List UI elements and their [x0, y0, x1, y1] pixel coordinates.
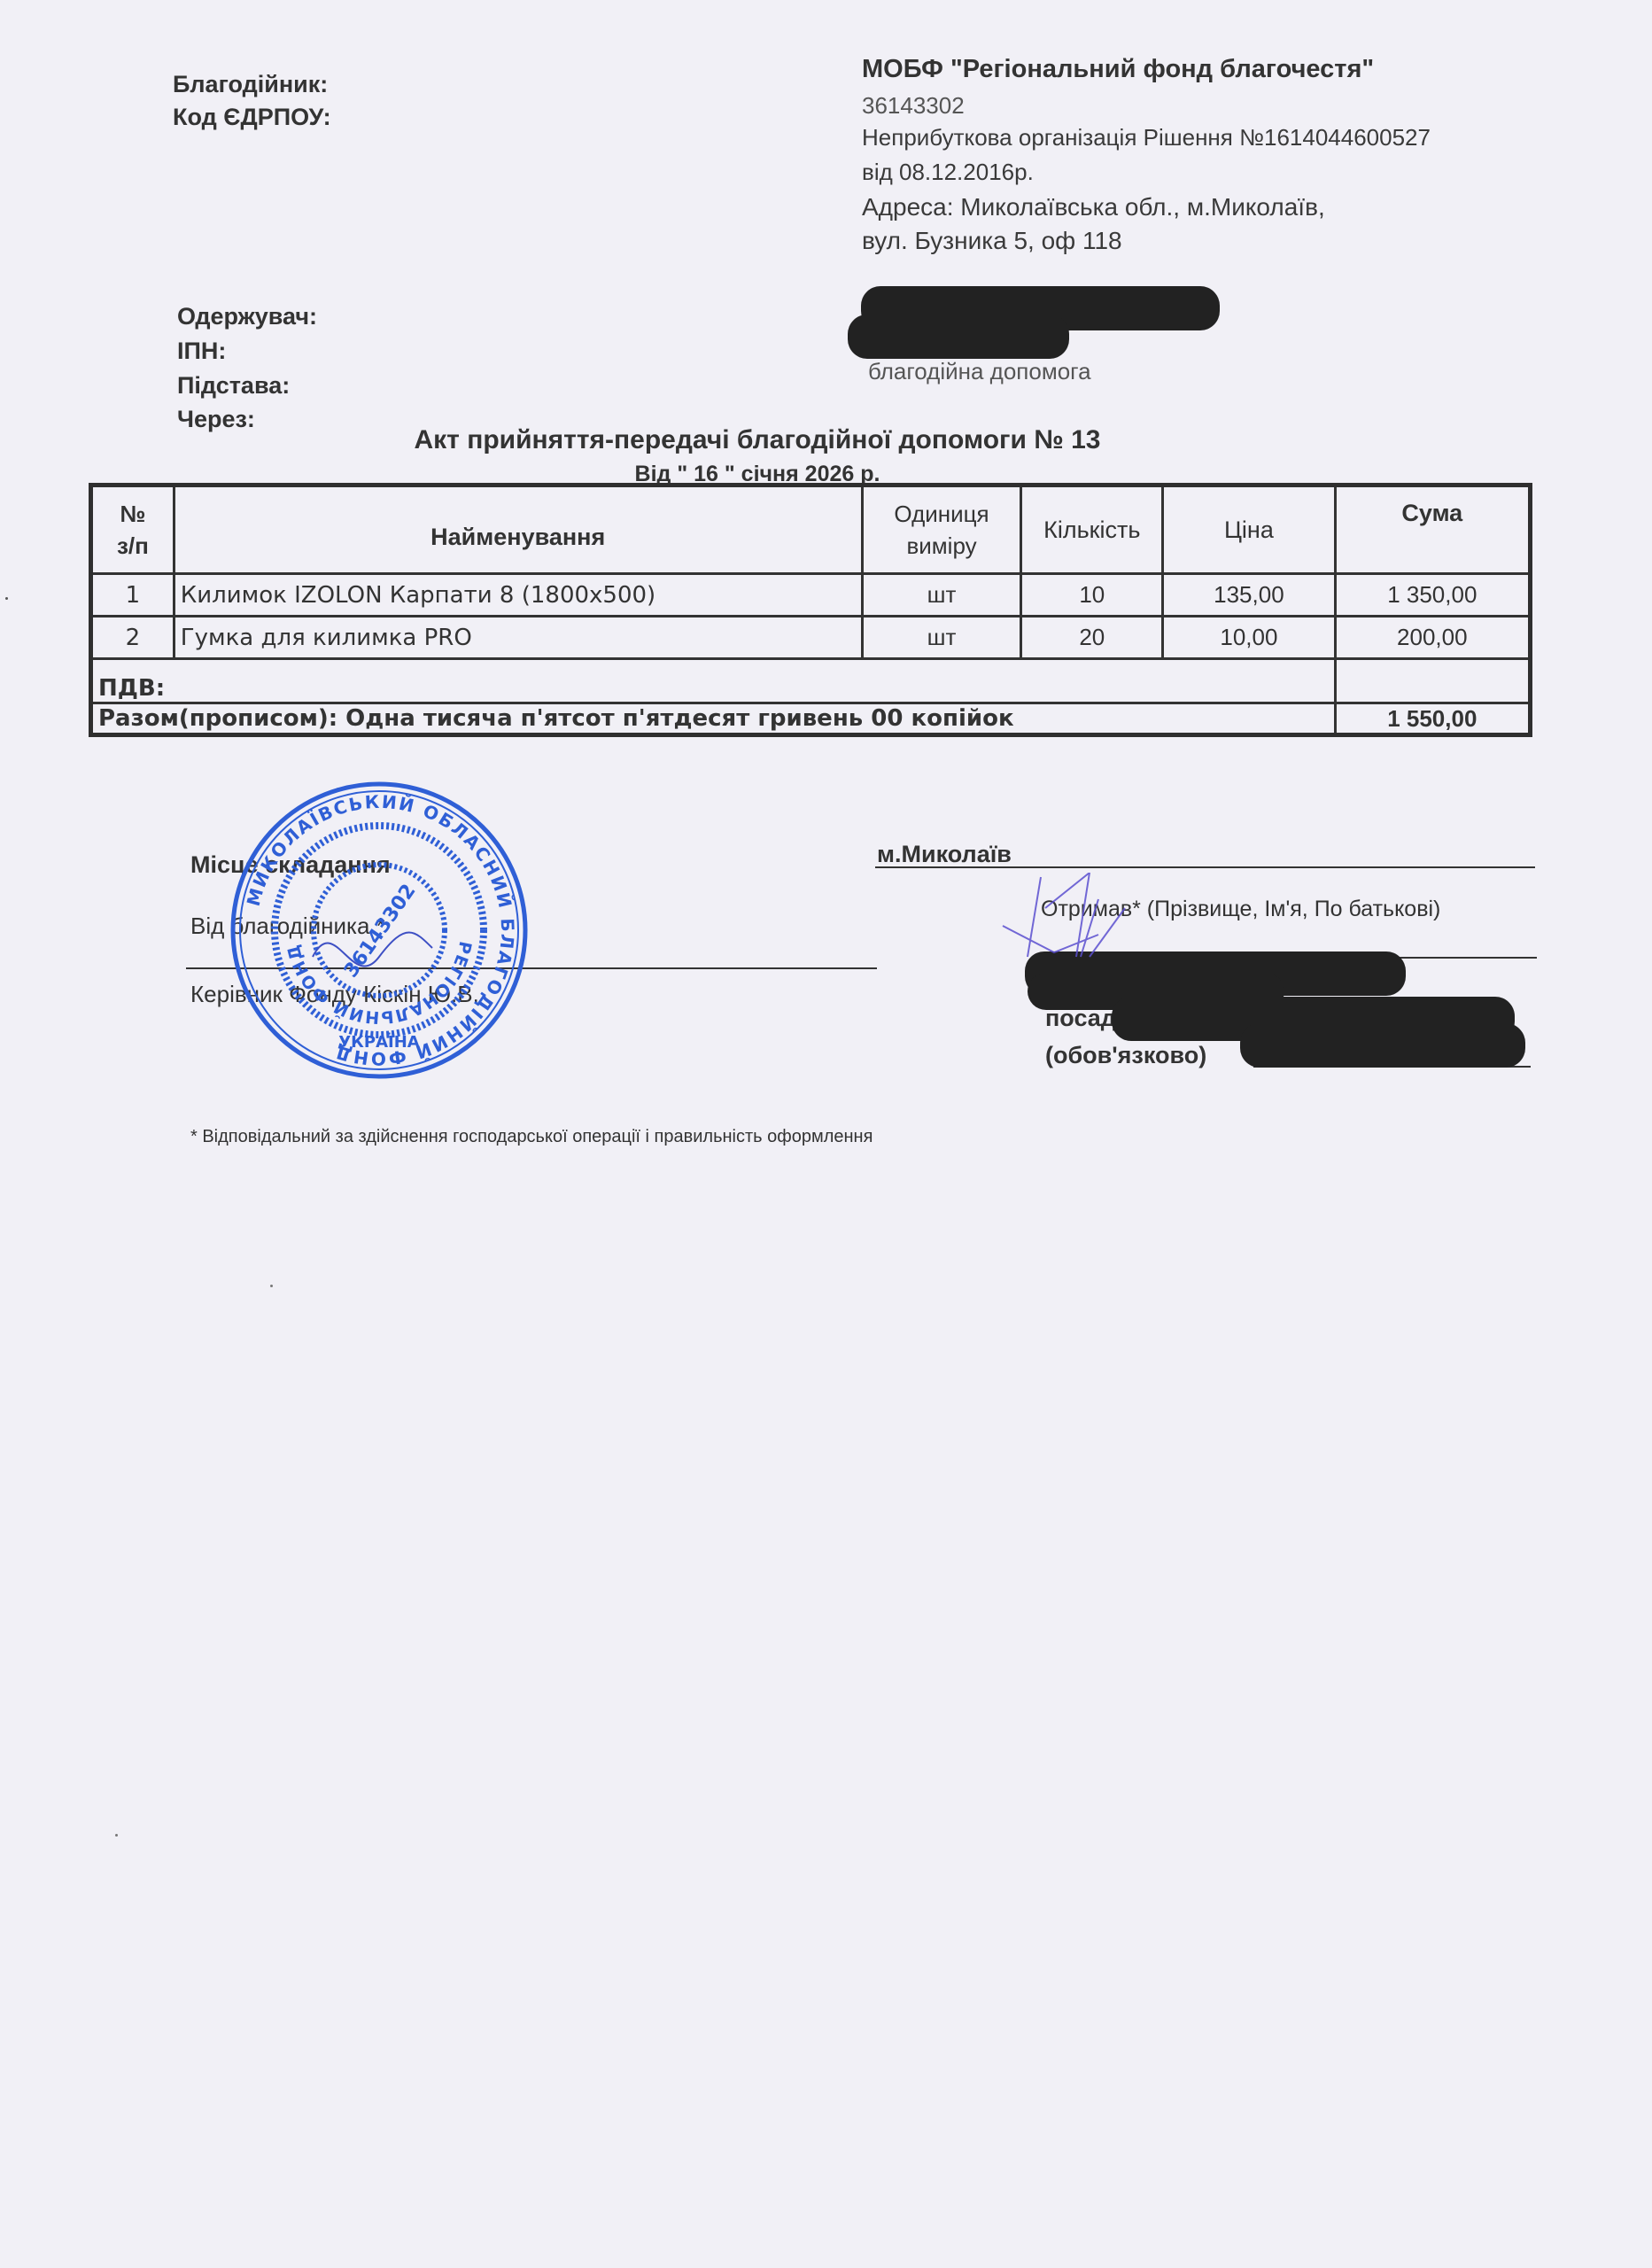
- table-row: 2 Гумка для килимка PRO шт 20 10,00 200,…: [91, 617, 1531, 659]
- scan-speck: [270, 1285, 273, 1287]
- recipient-basis: благодійна допомога: [868, 354, 1091, 389]
- stamp-country: УКРАЇНА: [338, 1032, 419, 1052]
- recipient-label: Одержувач:: [177, 299, 317, 334]
- scan-speck: [5, 597, 8, 600]
- col-header-unit-line2: виміру: [869, 530, 1015, 562]
- row-sum: 200,00: [1335, 617, 1530, 659]
- organization-stamp-icon: МИКОЛАЇВСЬКИЙ ОБЛАСНИЙ БЛАГОДІЙНИЙ ФОНД …: [229, 780, 530, 1081]
- row-sum: 1 350,00: [1335, 574, 1530, 617]
- row-unit: шт: [862, 617, 1021, 659]
- donor-label: Благодійник:: [173, 67, 328, 102]
- row-num: 2: [91, 617, 175, 659]
- row-num: 1: [91, 574, 175, 617]
- row-unit: шт: [862, 574, 1021, 617]
- donor-address-2: вул. Бузника 5, оф 118: [862, 223, 1122, 258]
- total-in-words: Разом(прописом): Одна тисяча п'ятсот п'я…: [91, 703, 1336, 735]
- recipient-ipn-redaction: [848, 315, 1069, 359]
- col-header-num-line2: з/п: [98, 530, 167, 562]
- mandatory-label: (обов'язково): [1045, 1038, 1206, 1073]
- total-value: 1 550,00: [1335, 703, 1530, 735]
- col-header-num-line1: №: [98, 498, 167, 530]
- vat-label: ПДВ:: [91, 659, 1336, 703]
- total-row: Разом(прописом): Одна тисяча п'ятсот п'я…: [91, 703, 1531, 735]
- donor-status: Неприбуткова організація Рішення №161404…: [862, 120, 1431, 155]
- col-header-name: Найменування: [174, 485, 862, 574]
- col-header-unit: Одиниця виміру: [862, 485, 1021, 574]
- position-redaction-2: [1240, 1023, 1525, 1068]
- row-qty: 20: [1021, 617, 1163, 659]
- basis-label: Підстава:: [177, 369, 290, 403]
- recipient-signature-icon: [992, 873, 1187, 961]
- col-header-sum: Сума: [1335, 485, 1530, 574]
- footnote: * Відповідальний за здійснення господарс…: [190, 1127, 873, 1147]
- ipn-label: ІПН:: [177, 334, 226, 369]
- row-name: Килимок IZOLON Карпати 8 (1800х500): [174, 574, 862, 617]
- vat-value: [1335, 659, 1530, 703]
- items-table: № з/п Найменування Одиниця виміру Кількі…: [89, 483, 1532, 737]
- donor-code-label: Код ЄДРПОУ:: [173, 100, 331, 135]
- donor-name: МОБФ "Регіональний фонд благочестя": [862, 55, 1374, 84]
- table-header-row: № з/п Найменування Одиниця виміру Кількі…: [91, 485, 1531, 574]
- vat-row: ПДВ:: [91, 659, 1531, 703]
- scan-speck: [115, 1834, 118, 1837]
- donor-address-1: Адреса: Миколаївська обл., м.Миколаїв,: [862, 190, 1325, 224]
- row-name: Гумка для килимка PRO: [174, 617, 862, 659]
- col-header-num: № з/п: [91, 485, 175, 574]
- table-row: 1 Килимок IZOLON Карпати 8 (1800х500) шт…: [91, 574, 1531, 617]
- place-underline: [875, 866, 1535, 868]
- row-price: 135,00: [1163, 574, 1335, 617]
- act-title: Акт прийняття-передачі благодійної допом…: [270, 425, 1245, 455]
- row-price: 10,00: [1163, 617, 1335, 659]
- donor-code: 36143302: [862, 89, 965, 123]
- col-header-qty: Кількість: [1021, 485, 1163, 574]
- via-label: Через:: [177, 402, 255, 437]
- col-header-price: Ціна: [1163, 485, 1335, 574]
- col-header-unit-line1: Одиниця: [869, 498, 1015, 530]
- row-qty: 10: [1021, 574, 1163, 617]
- stamp-code: 36143302: [340, 881, 421, 983]
- donor-status-date: від 08.12.2016р.: [862, 155, 1034, 190]
